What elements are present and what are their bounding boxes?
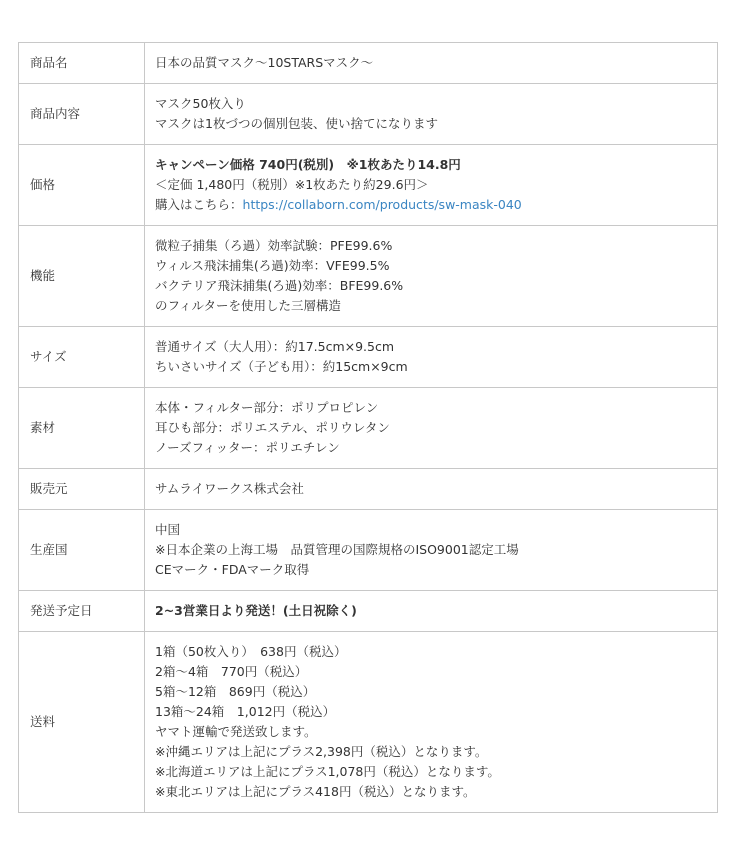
spec-label: 機能 bbox=[19, 226, 145, 327]
spec-value-line: 2箱〜4箱 770円（税込） bbox=[155, 662, 706, 682]
spec-value-line: 日本の品質マスク〜10STARSマスク〜 bbox=[155, 53, 706, 73]
purchase-link[interactable]: https://collaborn.com/products/sw-mask-0… bbox=[243, 197, 522, 212]
spec-label: 販売元 bbox=[19, 469, 145, 510]
spec-value-line: 1箱（50枚入り） 638円（税込） bbox=[155, 642, 706, 662]
spec-row-features: 機能微粒子捕集（ろ過）効率試験：PFE99.6%ウィルス飛沫捕集(ろ過)効率：V… bbox=[19, 226, 718, 327]
spec-row-material: 素材本体・フィルター部分：ポリプロピレン耳ひも部分：ポリエステル、ポリウレタンノ… bbox=[19, 388, 718, 469]
spec-label: 発送予定日 bbox=[19, 591, 145, 632]
spec-value: 1箱（50枚入り） 638円（税込）2箱〜4箱 770円（税込）5箱〜12箱 8… bbox=[145, 632, 718, 813]
spec-value-line: 微粒子捕集（ろ過）効率試験：PFE99.6% bbox=[155, 236, 706, 256]
spec-value-line: ※日本企業の上海工場 品質管理の国際規格のISO9001認定工場 bbox=[155, 540, 706, 560]
spec-row-product-contents: 商品内容マスク50枚入りマスクは1枚づつの個別包装、使い捨てになります bbox=[19, 84, 718, 145]
spec-value-line: 2~3営業日より発送！(土日祝除く) bbox=[155, 601, 706, 621]
spec-value-line: のフィルターを使用した三層構造 bbox=[155, 296, 706, 316]
spec-label: 商品名 bbox=[19, 43, 145, 84]
spec-value-line: ※北海道エリアは上記にプラス1,078円（税込）となります。 bbox=[155, 762, 706, 782]
spec-value-line: 中国 bbox=[155, 520, 706, 540]
spec-value: 本体・フィルター部分：ポリプロピレン耳ひも部分：ポリエステル、ポリウレタンノーズ… bbox=[145, 388, 718, 469]
spec-label: 送料 bbox=[19, 632, 145, 813]
spec-value-line: ウィルス飛沫捕集(ろ過)効率：VFE99.5% bbox=[155, 256, 706, 276]
spec-value-line: マスク50枚入り bbox=[155, 94, 706, 114]
spec-value-line: 耳ひも部分：ポリエステル、ポリウレタン bbox=[155, 418, 706, 438]
spec-row-price: 価格キャンペーン価格 740円(税別) ※1枚あたり14.8円＜定価 1,480… bbox=[19, 145, 718, 226]
spec-table-body: 商品名日本の品質マスク〜10STARSマスク〜商品内容マスク50枚入りマスクは1… bbox=[19, 43, 718, 813]
spec-value-line: 本体・フィルター部分：ポリプロピレン bbox=[155, 398, 706, 418]
spec-value: サムライワークス株式会社 bbox=[145, 469, 718, 510]
spec-value: 日本の品質マスク〜10STARSマスク〜 bbox=[145, 43, 718, 84]
spec-value-line: ※沖縄エリアは上記にプラス2,398円（税込）となります。 bbox=[155, 742, 706, 762]
spec-row-shipping-fee: 送料1箱（50枚入り） 638円（税込）2箱〜4箱 770円（税込）5箱〜12箱… bbox=[19, 632, 718, 813]
purchase-link-prefix: 購入はこちら： bbox=[155, 197, 243, 212]
spec-value: 中国※日本企業の上海工場 品質管理の国際規格のISO9001認定工場CEマーク・… bbox=[145, 510, 718, 591]
spec-value-line: 13箱〜24箱 1,012円（税込） bbox=[155, 702, 706, 722]
spec-label: 価格 bbox=[19, 145, 145, 226]
spec-row-shipping-date: 発送予定日2~3営業日より発送！(土日祝除く) bbox=[19, 591, 718, 632]
spec-value-line: マスクは1枚づつの個別包装、使い捨てになります bbox=[155, 114, 706, 134]
spec-value-line: ※東北エリアは上記にプラス418円（税込）となります。 bbox=[155, 782, 706, 802]
spec-row-size: サイズ普通サイズ（大人用）：約17.5cm×9.5cmちいさいサイズ（子ども用）… bbox=[19, 327, 718, 388]
spec-value-line: サムライワークス株式会社 bbox=[155, 479, 706, 499]
spec-value-line: ＜定価 1,480円（税別）※1枚あたり約29.6円＞ bbox=[155, 175, 706, 195]
spec-value: マスク50枚入りマスクは1枚づつの個別包装、使い捨てになります bbox=[145, 84, 718, 145]
spec-row-country-of-origin: 生産国中国※日本企業の上海工場 品質管理の国際規格のISO9001認定工場CEマ… bbox=[19, 510, 718, 591]
spec-label: 商品内容 bbox=[19, 84, 145, 145]
spec-value-line: 普通サイズ（大人用）：約17.5cm×9.5cm bbox=[155, 337, 706, 357]
spec-value: 普通サイズ（大人用）：約17.5cm×9.5cmちいさいサイズ（子ども用）：約1… bbox=[145, 327, 718, 388]
spec-value-line: ちいさいサイズ（子ども用）：約15cm×9cm bbox=[155, 357, 706, 377]
spec-value: 2~3営業日より発送！(土日祝除く) bbox=[145, 591, 718, 632]
spec-row-seller: 販売元サムライワークス株式会社 bbox=[19, 469, 718, 510]
spec-value-line: CEマーク・FDAマーク取得 bbox=[155, 560, 706, 580]
spec-value-line: バクテリア飛沫捕集(ろ過)効率：BFE99.6% bbox=[155, 276, 706, 296]
spec-label: 生産国 bbox=[19, 510, 145, 591]
spec-label: 素材 bbox=[19, 388, 145, 469]
purchase-link-line: 購入はこちら：https://collaborn.com/products/sw… bbox=[155, 195, 706, 215]
spec-row-product-name: 商品名日本の品質マスク〜10STARSマスク〜 bbox=[19, 43, 718, 84]
spec-value-line: 5箱〜12箱 869円（税込） bbox=[155, 682, 706, 702]
spec-value-line: キャンペーン価格 740円(税別) ※1枚あたり14.8円 bbox=[155, 155, 706, 175]
spec-value: 微粒子捕集（ろ過）効率試験：PFE99.6%ウィルス飛沫捕集(ろ過)効率：VFE… bbox=[145, 226, 718, 327]
spec-value-line: ヤマト運輸で発送致します。 bbox=[155, 722, 706, 742]
product-spec-table: 商品名日本の品質マスク〜10STARSマスク〜商品内容マスク50枚入りマスクは1… bbox=[18, 42, 718, 813]
spec-label: サイズ bbox=[19, 327, 145, 388]
spec-value-line: ノーズフィッター：ポリエチレン bbox=[155, 438, 706, 458]
spec-value: キャンペーン価格 740円(税別) ※1枚あたり14.8円＜定価 1,480円（… bbox=[145, 145, 718, 226]
